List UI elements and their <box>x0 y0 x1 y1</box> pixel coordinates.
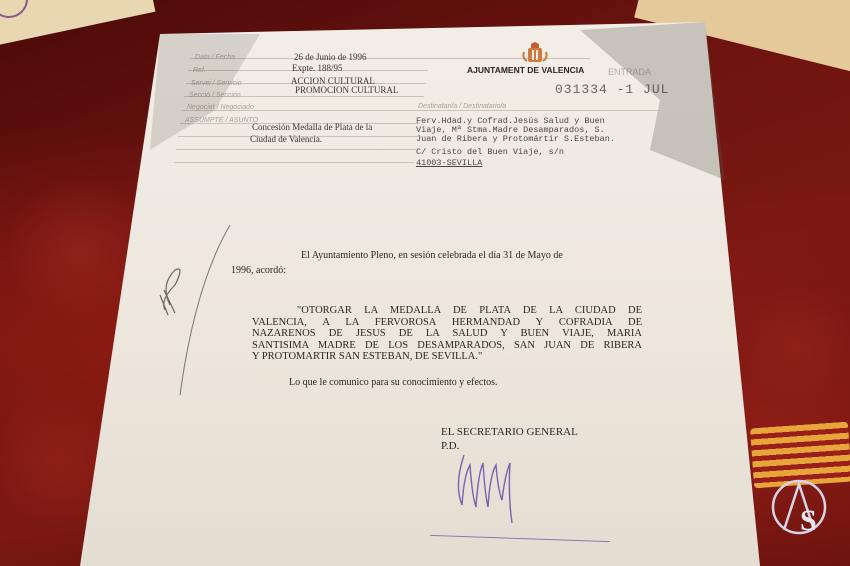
margin-initials-icon <box>150 225 240 400</box>
recipient-address: C/ Cristo del Buen Viaje, s/n <box>416 147 564 157</box>
closing-text: Lo que le comunico para su conocimiento … <box>289 377 498 388</box>
subject-line-1: Concesión Medalla de Plata de la <box>252 122 372 132</box>
intro-text: El Ayuntamiento Pleno, en sesión celebra… <box>301 250 563 261</box>
resolution-line: "OTORGAR LA MEDALLA DE PLATA DE LA CIUDA… <box>252 305 642 317</box>
resolution-line: Y PROTOMARTIR SAN ESTEBAN, DE SEVILLA." <box>252 351 642 363</box>
form-line <box>174 162 414 163</box>
ref-value: Expte. 188/95 <box>292 63 343 73</box>
recipient-line: Juan de Ribera y Protomártir S.Esteban. <box>416 134 615 144</box>
organization-name: AJUNTAMENT DE VALENCIA <box>467 65 584 75</box>
recipient-label: Destinatari/a / Destinatario/a <box>418 103 506 110</box>
watermark-letter: S <box>800 504 817 536</box>
form-line <box>176 149 416 150</box>
recipient-city: 41003-SEVILLA <box>416 158 482 168</box>
subject-line-2: Ciudad de Valencia. <box>250 134 322 144</box>
resolution-line: NAZARENOS DE JESUS DE LA SALUD Y BUEN VI… <box>252 328 642 340</box>
section-value: PROMOCION CULTURAL <box>295 85 398 95</box>
valencia-crest-icon <box>522 42 548 64</box>
signature-icon <box>450 445 530 525</box>
resolution-text: "OTORGAR LA MEDALLA DE PLATA DE LA CIUDA… <box>252 305 642 363</box>
watermark-logo-icon: S <box>770 478 828 536</box>
letter-document: Data / Fecha 26 de Junio de 1996 Ref. Ex… <box>0 0 850 566</box>
resolution-line: VALENCIA, A LA FERVOROSA HERMANDAD Y COF… <box>252 317 642 329</box>
resolution-line: SANTISIMA MADRE DE LOS DESAMPARADOS, SAN… <box>252 340 642 352</box>
signatory-title: EL SECRETARIO GENERAL <box>441 426 578 438</box>
letter-paper <box>0 0 850 566</box>
date-value: 26 de Junio de 1996 <box>294 52 367 62</box>
